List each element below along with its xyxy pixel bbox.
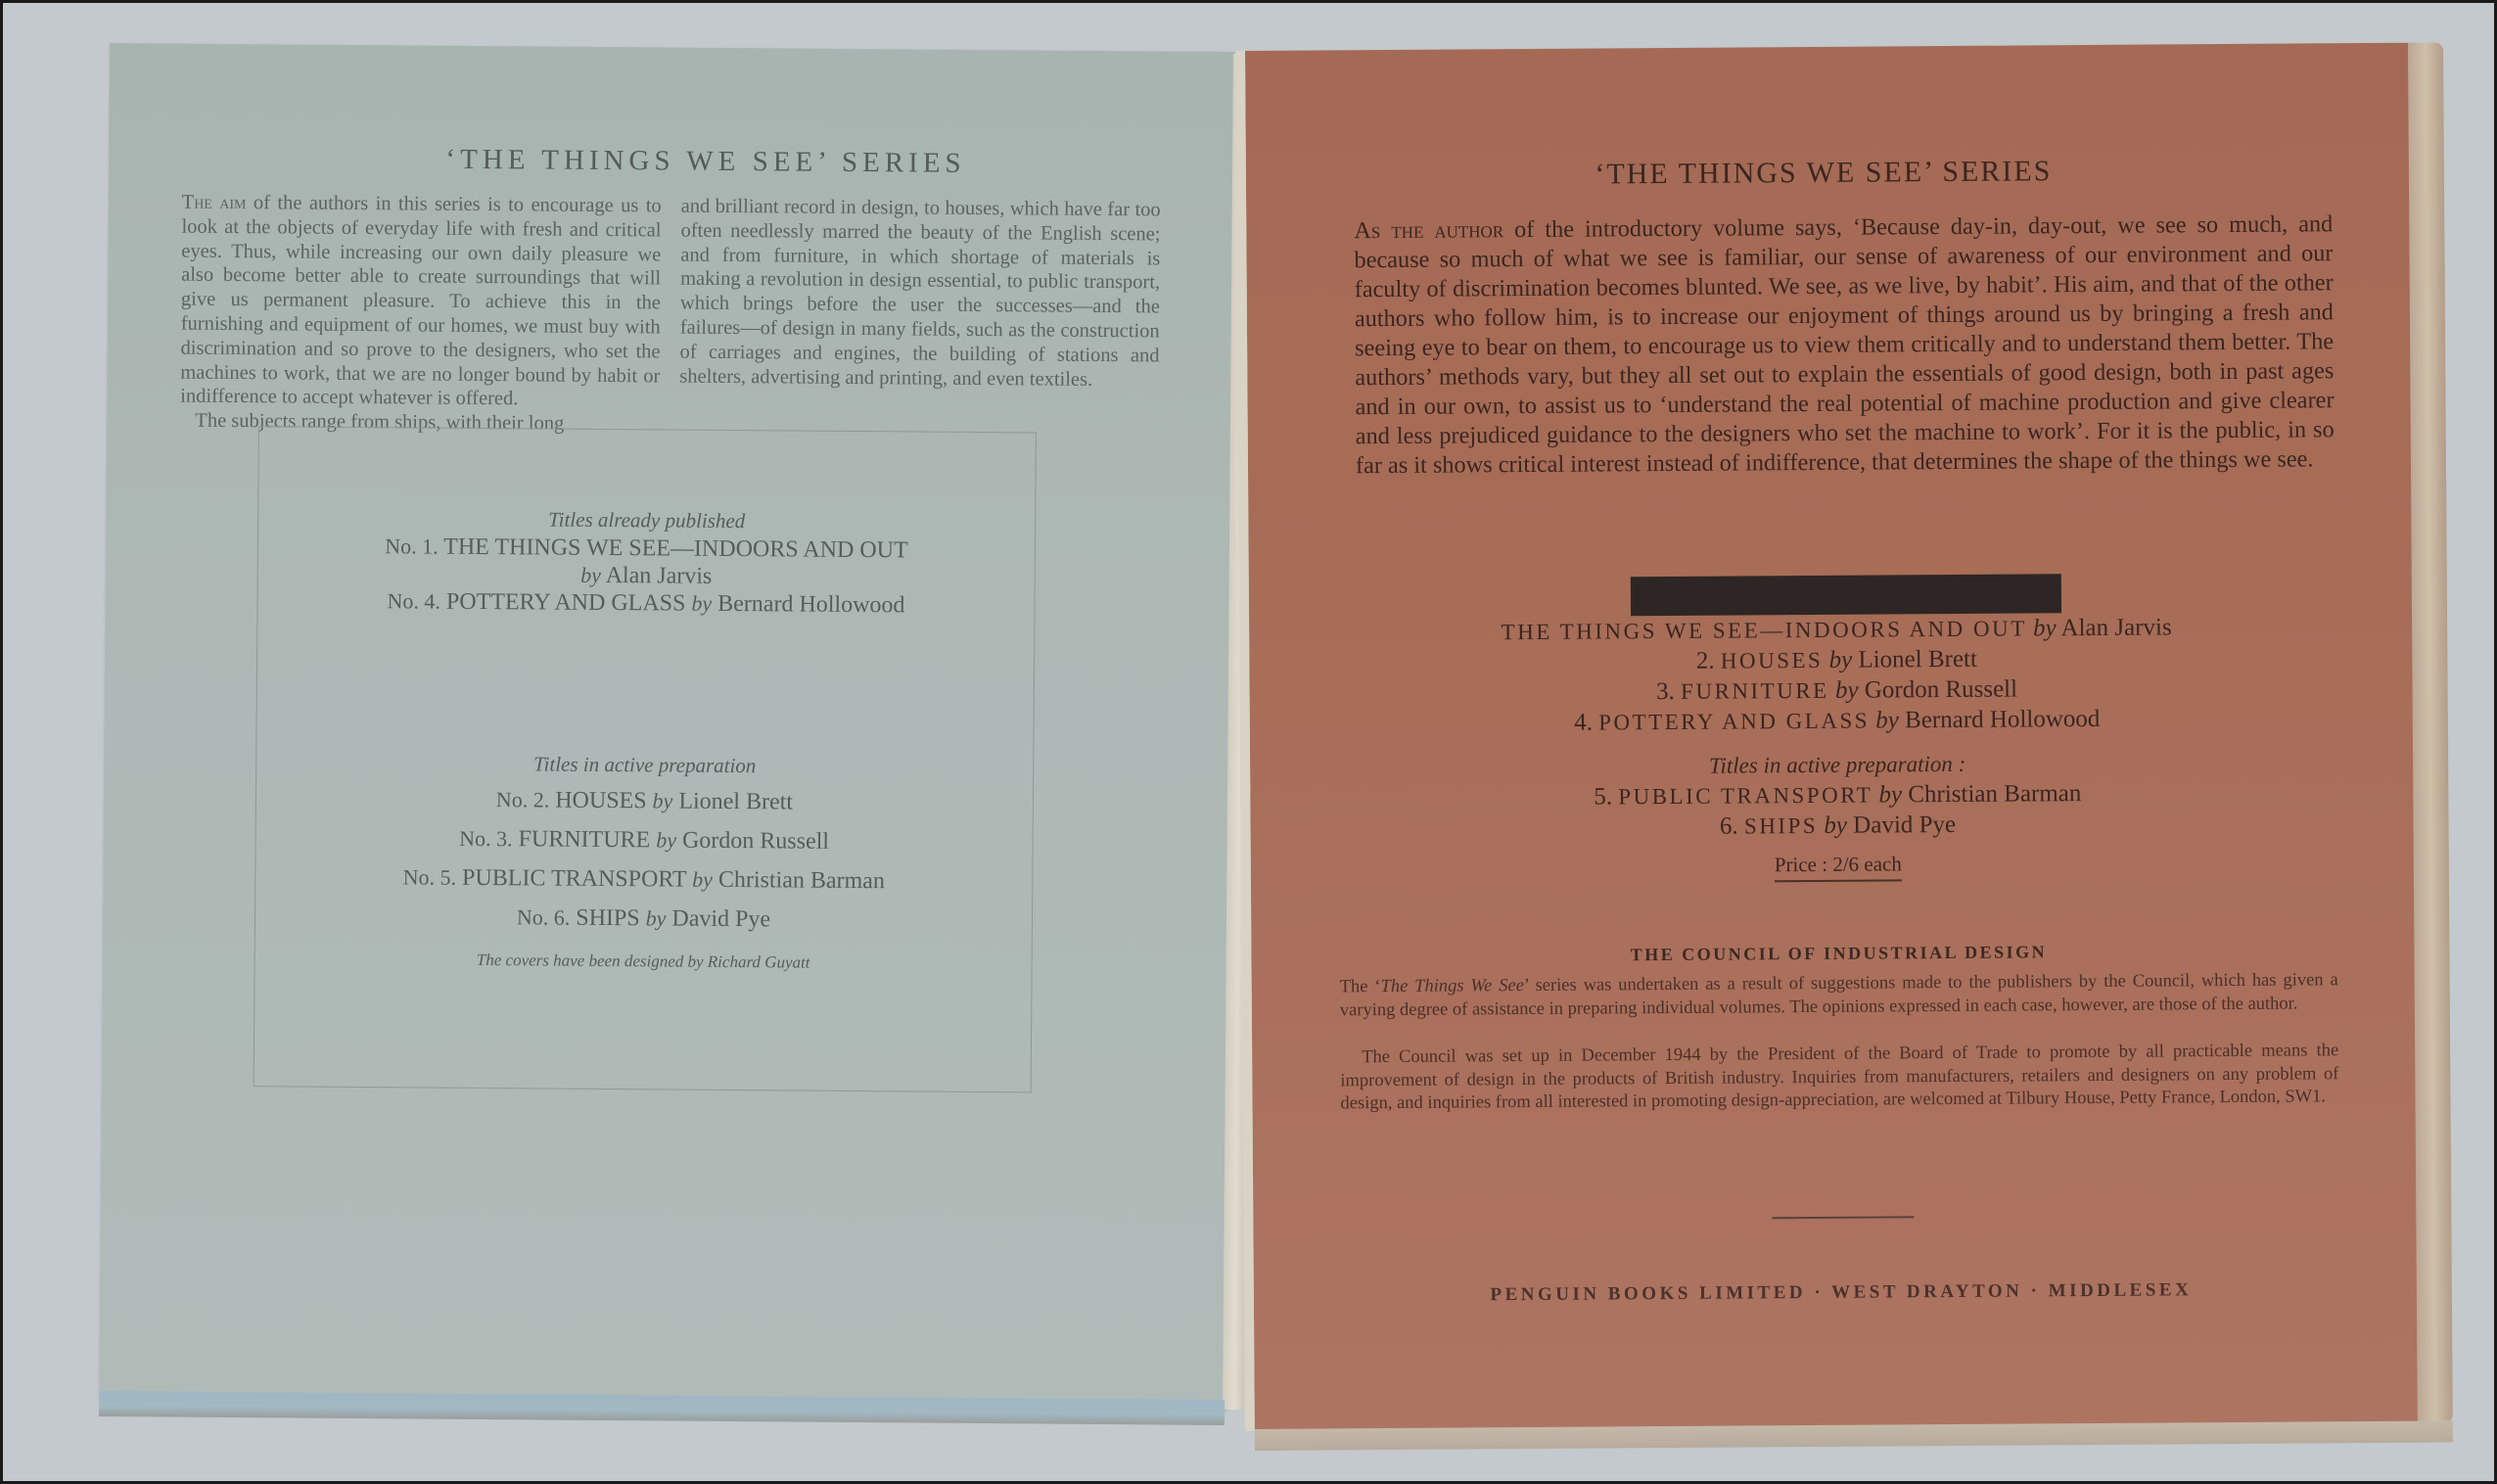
council-paragraph-2: The Council was set up in December 1944 … — [1340, 1040, 2338, 1116]
left-preparation-list: Titles in active preparation No. 2. HOUS… — [255, 750, 1034, 974]
left-preparation-heading: Titles in active preparation — [256, 750, 1033, 780]
left-intro-smallcaps: The aim — [182, 192, 247, 214]
right-series-title: ‘THE THINGS WE SEE’ SERIES — [1491, 155, 2156, 193]
left-cover-credit: The covers have been designed by Richard… — [255, 949, 1032, 974]
right-intro-text: of the introductory volume says, ‘Becaus… — [1354, 210, 2334, 479]
right-intro-smallcaps: As the author — [1354, 216, 1503, 244]
left-book-back-cover: ‘THE THINGS WE SEE’ SERIES The aim of th… — [99, 43, 1235, 1408]
left-intro-column-1: The aim of the authors in this series is… — [180, 191, 662, 438]
left-intro-col1-text: of the authors in this series is to enco… — [180, 192, 662, 410]
right-book-back-cover: ‘THE THINGS WE SEE’ SERIES As the author… — [1245, 43, 2420, 1431]
redaction-bar — [1631, 574, 2061, 616]
left-preparation-entry: No. 5. PUBLIC TRANSPORT by Christian Bar… — [255, 857, 1032, 902]
left-book-bottom-edge — [99, 1391, 1225, 1425]
right-published-list: THE THINGS WE SEE—INDOORS AND OUT by Ala… — [1347, 611, 2327, 739]
left-intro-column-2: and brilliant record in design, to house… — [679, 195, 1161, 393]
left-titles-box: Titles already published No. 1. THE THIN… — [254, 426, 1037, 1092]
right-intro-paragraph: As the author of the introductory volume… — [1354, 209, 2335, 481]
right-book-bottom-edge — [1255, 1420, 2453, 1451]
council-paragraph-1: The ‘The Things We See’ series was under… — [1340, 969, 2338, 1022]
price-label: Price : 2/6 each — [1775, 852, 1902, 882]
publisher-imprint: PENGUIN BOOKS LIMITED · WEST DRAYTON · M… — [1352, 1278, 2331, 1307]
left-published-entry: No. 4. POTTERY AND GLASS by Bernard Holl… — [257, 584, 1034, 622]
right-published-entry: 4. POTTERY AND GLASS by Bernard Hollowoo… — [1348, 702, 2327, 739]
left-published-list: Titles already published No. 1. THE THIN… — [257, 505, 1035, 622]
right-book-page-edge — [2408, 42, 2453, 1422]
right-preparation-entry: 6. SHIPS by David Pye — [1348, 807, 2327, 844]
left-preparation-entry: No. 2. HOUSES by Lionel Brett — [256, 778, 1033, 823]
council-heading: THE COUNCIL OF INDUSTRIAL DESIGN — [1349, 940, 2328, 967]
right-preparation-list: Titles in active preparation : 5. PUBLIC… — [1348, 746, 2328, 885]
left-preparation-entry: No. 3. FURNITURE by Gordon Russell — [255, 817, 1032, 862]
divider-rule — [1772, 1216, 1914, 1219]
left-series-title: ‘THE THINGS WE SEE’ SERIES — [373, 143, 1039, 180]
left-preparation-entry: No. 6. SHIPS by David Pye — [255, 896, 1032, 941]
